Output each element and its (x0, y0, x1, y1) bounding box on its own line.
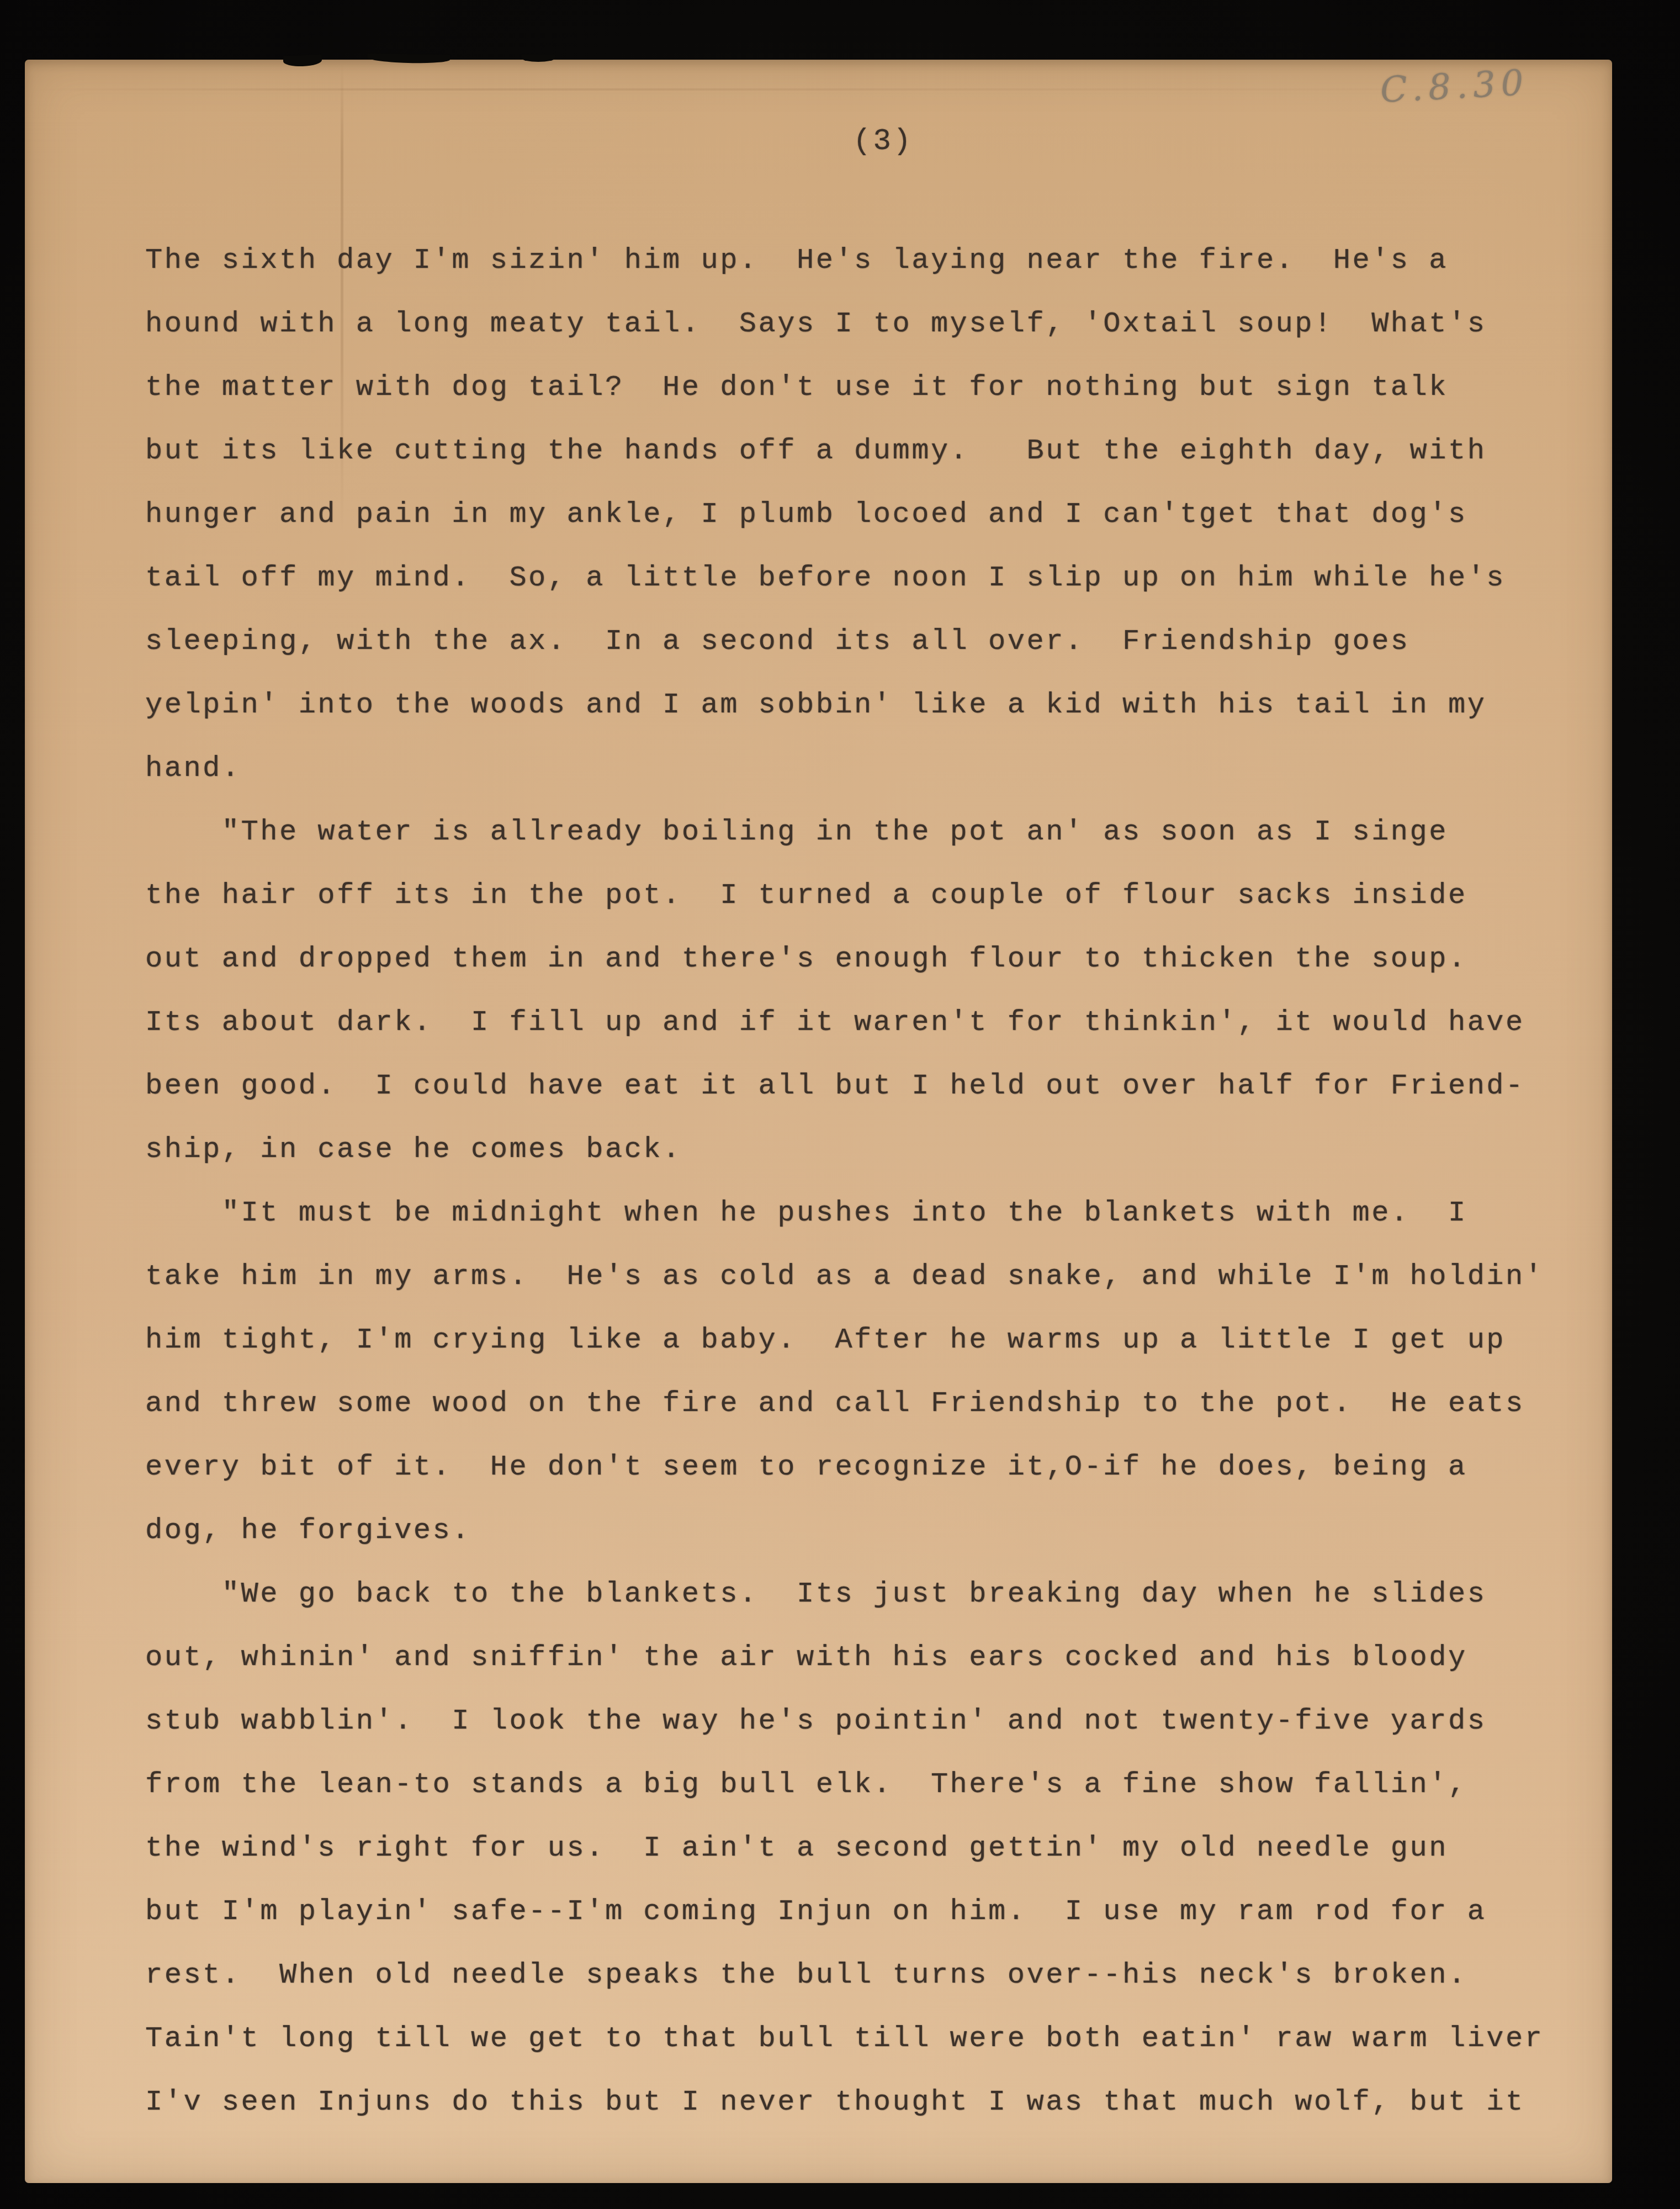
text-line: ship, in case he comes back. (145, 1118, 1592, 1181)
typed-text-block: The sixth day I'm sizin' him up. He's la… (145, 229, 1592, 2134)
text-line: dog, he forgives. (145, 1499, 1592, 1562)
text-line: tail off my mind. So, a little before no… (145, 546, 1592, 610)
text-line: out and dropped them in and there's enou… (145, 927, 1592, 991)
torn-edge-notch (522, 55, 555, 62)
text-line: him tight, I'm crying like a baby. After… (145, 1308, 1592, 1372)
text-line: the matter with dog tail? He don't use i… (145, 356, 1592, 419)
text-line: and threw some wood on the fire and call… (145, 1372, 1592, 1435)
torn-edge-notch (367, 54, 450, 64)
text-line: hunger and pain in my ankle, I plumb loc… (145, 483, 1592, 546)
text-line: The sixth day I'm sizin' him up. He's la… (145, 229, 1592, 292)
torn-edge-notch (283, 55, 322, 67)
pencil-annotation: C.8.30 (1380, 62, 1530, 111)
text-line: hound with a long meaty tail. Says I to … (145, 292, 1592, 356)
text-line: out, whinin' and sniffin' the air with h… (145, 1626, 1592, 1689)
text-line: Tain't long till we get to that bull til… (145, 2007, 1592, 2070)
text-line: hand. (145, 737, 1592, 800)
photo-background: C.8.30 (3) The sixth day I'm sizin' him … (0, 0, 1680, 2209)
text-line: sleeping, with the ax. In a second its a… (145, 610, 1592, 673)
text-line: the wind's right for us. I ain't a secon… (145, 1816, 1592, 1880)
text-line: "We go back to the blankets. Its just br… (145, 1562, 1592, 1626)
text-line: Its about dark. I fill up and if it ware… (145, 991, 1592, 1054)
text-line: every bit of it. He don't seem to recogn… (145, 1435, 1592, 1499)
paper-crease (25, 88, 1612, 91)
text-line: "It must be midnight when he pushes into… (145, 1181, 1592, 1245)
text-line: but its like cutting the hands off a dum… (145, 419, 1592, 483)
text-line: but I'm playin' safe--I'm coming Injun o… (145, 1880, 1592, 1943)
text-line: the hair off its in the pot. I turned a … (145, 864, 1592, 927)
text-line: stub wabblin'. I look the way he's point… (145, 1689, 1592, 1753)
text-line: "The water is allready boiling in the po… (145, 800, 1592, 864)
text-line: take him in my arms. He's as cold as a d… (145, 1245, 1592, 1308)
manuscript-page: C.8.30 (3) The sixth day I'm sizin' him … (25, 60, 1612, 2183)
text-line: rest. When old needle speaks the bull tu… (145, 1943, 1592, 2007)
page-number: (3) (853, 125, 913, 158)
text-line: from the lean-to stands a big bull elk. … (145, 1753, 1592, 1816)
text-line: been good. I could have eat it all but I… (145, 1054, 1592, 1118)
text-line: yelpin' into the woods and I am sobbin' … (145, 673, 1592, 737)
text-line: I'v seen Injuns do this but I never thou… (145, 2070, 1592, 2134)
